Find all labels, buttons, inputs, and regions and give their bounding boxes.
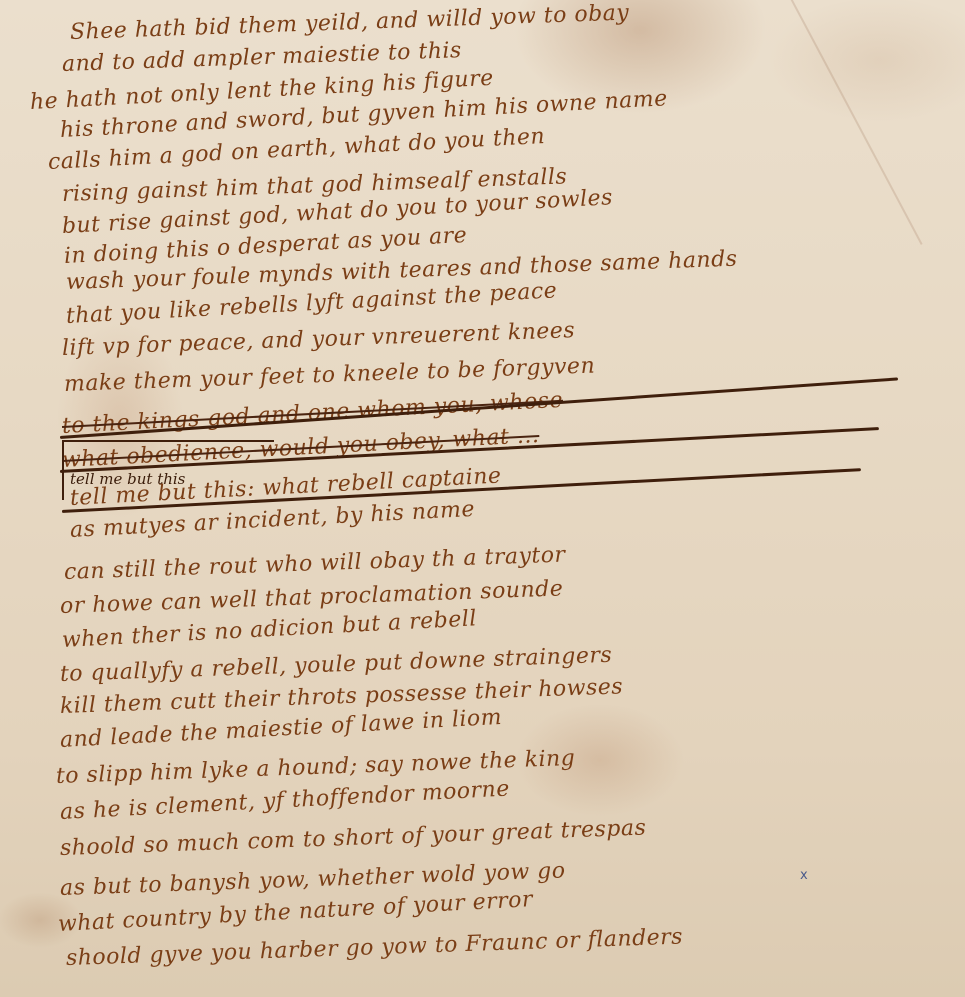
interlinear-insertion: tell me but this (70, 470, 185, 488)
manuscript-line: shoold so much com to short of your grea… (60, 816, 647, 861)
manuscript-line: Shee hath bid them yeild, and willd yow … (70, 0, 630, 45)
manuscript-line: or howe can well that proclamation sound… (60, 576, 564, 619)
marginal-x-mark: x (800, 868, 808, 883)
manuscript-page: Shee hath bid them yeild, and willd yow … (0, 0, 965, 997)
paper-fold-mark (780, 0, 923, 245)
